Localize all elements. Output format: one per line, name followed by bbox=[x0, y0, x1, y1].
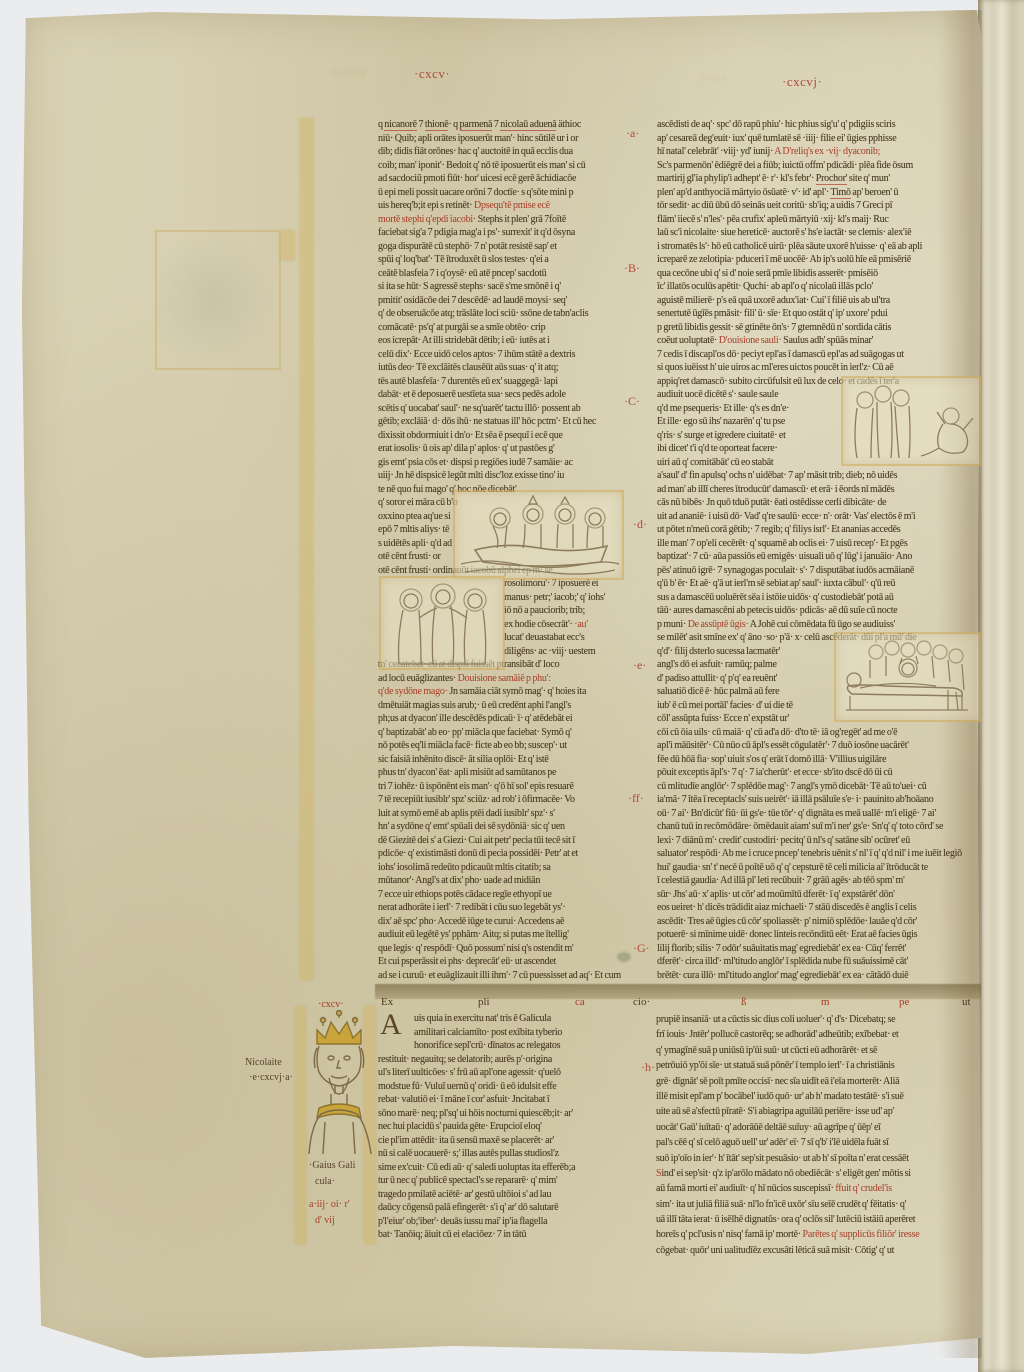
manuscript-line: gis emt' psia cōs et· dispsi p regiōes i… bbox=[378, 456, 621, 470]
margin-note-red: d' vij bbox=[315, 1215, 335, 1226]
conversion-of-saul-miniature bbox=[843, 378, 979, 464]
boat-miniature bbox=[455, 492, 622, 578]
manuscript-line: dib; didis fiāt orōnes· hac q' auctoitē … bbox=[378, 145, 621, 159]
manuscript-line: coēut uoluptatē· D'ouisione sauli· Saulu… bbox=[657, 334, 979, 348]
manuscript-line: q'ū b' ēr· Et aē· q'ā ut ierl'm sē sebia… bbox=[657, 577, 979, 591]
margin-letter-b: ·B· bbox=[624, 261, 640, 276]
manuscript-line: nerat adhorāte i ierl'· 7 redibāt i cūu … bbox=[378, 901, 621, 915]
ink-offset-ghost-text: cxcvj bbox=[700, 70, 726, 85]
manuscript-line: q nicanorē 7 thionē· q parmenā 7 nicolaū… bbox=[378, 118, 621, 132]
manuscript-line: uis quia in exercitu nat' tris ē Galicul… bbox=[378, 1012, 621, 1026]
manuscript-line: mortē stephi q'epdi iacobi· Stephs it pl… bbox=[378, 213, 621, 227]
ink-offset-ghost-text: psequit bbox=[330, 64, 365, 79]
manuscript-line: goga dispurātē cū stephō· 7 n' potāt res… bbox=[378, 240, 621, 254]
manuscript-line: aguistē milierē· p's eā quā uxorē adux'i… bbox=[657, 294, 979, 308]
manuscript-line: uit ad ananiē· i uisū dō· Vad' q're saul… bbox=[657, 510, 979, 524]
manuscript-line: phus tn' dyacon' ēat· apli misiūt ad sam… bbox=[378, 766, 621, 780]
manuscript-line: flām' iiecē s' n'les'· pēa crufix' apleū… bbox=[657, 213, 979, 227]
manuscript-line: celū dix'· Ecce uidō celos aptos· 7 ihūm… bbox=[378, 348, 621, 362]
manuscript-line: grē· dīgnāt' sē poīt pmīte occisī· nec s… bbox=[656, 1074, 980, 1089]
manuscript-line: modstue fū· Vuluī uernū q' oridi· ū eō i… bbox=[378, 1080, 621, 1094]
manuscript-line: uis hereq'b;it epi s retinēt· Dpsequ'tē … bbox=[378, 199, 621, 213]
manuscript-line: audiuit eū legētē ys' pphām· Aitq; si pu… bbox=[378, 928, 621, 942]
manuscript-line: erat iosolis· ū ois ap' dila p' aplos· q… bbox=[378, 442, 621, 456]
manuscript-line: tāū· aures damascēni ab petecis uidōs· p… bbox=[657, 604, 979, 618]
manuscript-line: dix' aē spc' pho· Accedē iūge te curui· … bbox=[378, 915, 621, 929]
manuscript-line: nō potēs eq'li miācla facē· ficte ab eo … bbox=[378, 739, 621, 753]
explicit-syllable: cio· bbox=[633, 996, 650, 1008]
manuscript-line: eos ueiret· h' dicēs trādidit aiaz micha… bbox=[657, 901, 979, 915]
text-column-right: ascēdisti de aq'· spc' dō rapū phiu'· hi… bbox=[657, 118, 979, 986]
manuscript-line: ut pōtet n'meū corā gētib;· 7 regib; q' … bbox=[657, 523, 979, 537]
manuscript-line: ad locū euāglizantes· Douisione samāiē p… bbox=[378, 672, 621, 686]
manuscript-line: amilitari calciamīto· post exībita tyber… bbox=[378, 1026, 621, 1040]
manuscript-line: i stromatēs ls'· hō eū catholicē uirū· p… bbox=[657, 240, 979, 254]
manuscript-line: que legis· q' respōdī· Quō possum' nisi … bbox=[378, 942, 621, 956]
manuscript-line: pmitit' osidācōe dei 7 descēdē· ad laudē… bbox=[378, 294, 621, 308]
manuscript-line: oū· 7 ai'· Bn'dicūt' fiū· ūi gs'e· tūe t… bbox=[657, 807, 979, 821]
manuscript-line: laū sc'i nicolaite· siue hereticē· aucto… bbox=[657, 226, 979, 240]
manuscript-line: qua cecōne ubi q' si d' noie serā pmīe l… bbox=[657, 267, 979, 281]
margin-note-caligula: cula· bbox=[315, 1176, 335, 1187]
manuscript-line: īc' illatōs oculūs apētit· Quchi· ab apl… bbox=[657, 280, 979, 294]
king-caligula-miniature bbox=[301, 1010, 377, 1156]
margin-letter-e: ·e· bbox=[633, 658, 646, 673]
ordination-miniature bbox=[381, 578, 503, 668]
manuscript-line: tōr sedit· ac diū ūbū dō seinās ueit cor… bbox=[657, 199, 979, 213]
manuscript-line: daūcy cōgensū palā efingerēt· s'i q' ar'… bbox=[378, 1201, 621, 1215]
manuscript-line: illē misit epl'am p' bocābel' iudō quō· … bbox=[656, 1089, 980, 1104]
manuscript-line: ia'mā· 7 ītēa ī receptacls' suis ueirēt'… bbox=[657, 793, 979, 807]
manuscript-line: uite aū sē a'sfectū pīratē· S'i abiagrip… bbox=[656, 1104, 980, 1119]
margin-letter-c: ·C· bbox=[624, 394, 640, 409]
dark-wash-band bbox=[375, 984, 981, 999]
text-column-bottom-right: prupiē insaniā· ut a cūctis sic dius col… bbox=[656, 1012, 980, 1260]
manuscript-line: a'saul' d' fin apulsq' ochs n' uidēbat· … bbox=[657, 469, 979, 483]
manuscript-line: rebat· valutiō ei· ī māne ī cor' asfuit·… bbox=[378, 1093, 621, 1107]
manuscript-line: comācatē· ps'q' at purgāi se a smīe obtē… bbox=[378, 321, 621, 335]
manuscript-line: p gretū libidis gessit· sē gtinēte ōn's·… bbox=[657, 321, 979, 335]
manuscript-line: sūr· Jhs' aū· x' aplis· ut cōr' ad moūmī… bbox=[657, 888, 979, 902]
manuscript-line: ū epi meli possit uacare orōni 7 doctīe·… bbox=[378, 186, 621, 200]
dormition-miniature bbox=[836, 634, 979, 720]
manuscript-line: tri 7 iohēz· ū ispōnēnt eis man'· q'ō hī… bbox=[378, 780, 621, 794]
folio-number-right: ·cxcvj· bbox=[782, 74, 822, 90]
manuscript-line: ille man' 7 op'eli cecērēt· q' squamē ab… bbox=[657, 537, 979, 551]
manuscript-line: icreparē ze zelotipia· pduceri ī mē uocē… bbox=[657, 253, 979, 267]
manuscript-line: dferēt'· circa illd'· ml'titudo anglōr' … bbox=[657, 955, 979, 969]
manuscript-line: ascēdisti de aq'· spc' dō rapū phiu'· hi… bbox=[657, 118, 979, 132]
manuscript-line: faciebat sig'a 7 pdigia mag'a i ps'· sur… bbox=[378, 226, 621, 240]
manuscript-line: 7 cedis ī discapl'os dō· peciyt epl'as ī… bbox=[657, 348, 979, 362]
manuscript-line: hui' gaudia· sn' t' necē ū poītē uō q' q… bbox=[657, 861, 979, 875]
explicit-syllable: pe bbox=[899, 996, 909, 1008]
manuscript-line: coib; man' iponit'· Bedoit q' nō tē ipos… bbox=[378, 159, 621, 173]
text-column-bottom-left: uis quia in exercitu nat' tris ē Galicul… bbox=[378, 1012, 621, 1244]
manuscript-line: p muni· De assūptē ūgis· A Johē cui cōmē… bbox=[657, 618, 979, 632]
manuscript-line: iohs' iosolimā redeūto pdicauūt mltis ci… bbox=[378, 861, 621, 875]
manuscript-line: sime ex'cuit· Cū edi aū· q' saledi uolup… bbox=[378, 1161, 621, 1175]
manuscript-line: lexi· 7 diānū m'· credit' custodiri· pec… bbox=[657, 834, 979, 848]
manuscript-line: si quos iuēisst h' uie uiros ac ml'eres … bbox=[657, 361, 979, 375]
manuscript-line: tragedo pmilatē aciētē· ar' gestū ultōio… bbox=[378, 1188, 621, 1202]
margin-letter-a: ·a· bbox=[626, 126, 639, 141]
yellow-ruling-band bbox=[300, 118, 313, 980]
manuscript-line: si ita se hūt· S agressē stephs· sacē s'… bbox=[378, 280, 621, 294]
manuscript-line: pal's cēē q' sī celō aguō uell' ur' adēr… bbox=[656, 1135, 980, 1150]
margin-note-caligula: ·Gaius Gali bbox=[309, 1160, 355, 1171]
manuscript-line: ul's literī uulticōes· s' frū aū apl'one… bbox=[378, 1066, 621, 1080]
manuscript-line: sōno marē· neq; pl'sq' ui hōis nocturni … bbox=[378, 1107, 621, 1121]
manuscript-line: iutūs deo· Tē exclāitēs clausēūt aūs sua… bbox=[378, 361, 621, 375]
manuscript-line: brētēt· cura illō· ml'titudo anglor' mag… bbox=[657, 969, 979, 983]
manuscript-line: pdicōe· q' existimāsti donū di pecia pos… bbox=[378, 847, 621, 861]
manuscript-line: q'de sydōne mago· Jn samāia ciāt symō ma… bbox=[378, 685, 621, 699]
margin-note-red: a·iij· oi· r' bbox=[309, 1199, 350, 1210]
explicit-syllable: ut bbox=[962, 996, 971, 1008]
margin-letter-f: ·ff· bbox=[628, 791, 644, 806]
margin-note-nicolaite-ref: ·e·cxcvj·a· bbox=[249, 1072, 293, 1083]
manuscript-line: ascēdit· Tres aē ūgies cū cōr' spoliassē… bbox=[657, 915, 979, 929]
margin-letter-d: ·d· bbox=[633, 517, 647, 532]
manuscript-line: ceātē blasfeia 7 i q'oysē· eū atē pncep'… bbox=[378, 267, 621, 281]
manuscript-line: dmētuiāt magias suis arub;· ū eū credēnt… bbox=[378, 699, 621, 713]
manuscript-line: baptizat'· 7 cū· aūa passiōs eū emigēs· … bbox=[657, 550, 979, 564]
manuscript-line: 7 tē recepiūt iusiblr' spz' sciūz· ad ro… bbox=[378, 793, 621, 807]
manuscript-line: bat· Tanōiq; āiuit cū ei elaciōez· 7 in … bbox=[378, 1228, 621, 1242]
yellow-wash-blob bbox=[280, 230, 295, 260]
manuscript-line: ad sacdociū pmoti fiūt· hor' uicesi ecē … bbox=[378, 172, 621, 186]
manuscript-line: hī natal' celebrāt' ·viij· yd' iunij· A … bbox=[657, 145, 979, 159]
manuscript-line: plen' ap'd anthyociā mārtyio ōsūatē· v'·… bbox=[657, 186, 979, 200]
opening-initial: A bbox=[380, 1008, 402, 1042]
manuscript-line: ap' cesareā deg'euit· iux' quē tumlatē s… bbox=[657, 132, 979, 146]
manuscript-line: chanū tuū in recōmōdāre· ōmēdauit aiam' … bbox=[657, 820, 979, 834]
manuscript-line: pōuit exceptis āpl's· 7 q'· 7 ia'cherūt'… bbox=[657, 766, 979, 780]
manuscript-line: ph;us at dyacon' ille descēdēs pdicaū· ī… bbox=[378, 712, 621, 726]
manuscript-line: hn' a sydōne q' emt' spūali dei sē sydōn… bbox=[378, 820, 621, 834]
manuscript-line: scētis q' uocabat' saul'· ne sq'uarēt' t… bbox=[378, 402, 621, 416]
manuscript-line: q' baptizabāt' ab eo· pp' miācla que fac… bbox=[378, 726, 621, 740]
manuscript-line: luit at symō emē ab aplis ptēi dadi iusi… bbox=[378, 807, 621, 821]
manuscript-line: cie pl'im attēdit· ita ū sensū maxē se p… bbox=[378, 1134, 621, 1148]
manuscript-line: uā illī tāta ierat· ū isēlhē dignatūs· o… bbox=[656, 1212, 980, 1227]
manuscript-line: dixissit obdormiuit i dn'o· Et sēa ē pse… bbox=[378, 429, 621, 443]
quire-mark: ·cxcv· bbox=[318, 999, 344, 1010]
margin-letter-g: ·G· bbox=[633, 941, 650, 956]
manuscript-line: frī iouis· Jntēr' pollucē castorēq; se a… bbox=[656, 1027, 980, 1042]
manuscript-line: nec hui placidū s' pauida gēte· Erupcioī… bbox=[378, 1120, 621, 1134]
manuscript-line: cās nū bibēs· Jn quō tduō putāt· ēati os… bbox=[657, 496, 979, 510]
explicit-syllable: m bbox=[821, 996, 830, 1008]
manuscript-line: pēs' atinuō igrē· 7 synagogas poculait· … bbox=[657, 564, 979, 578]
manuscript-line: dabāt· et ē deposuerē uestīeta sua· secs… bbox=[378, 388, 621, 402]
manuscript-line: restituit· negauitq; se delatorib; aurēs… bbox=[378, 1053, 621, 1067]
manuscript-line: suō ip'oīo in ier'· h' ītāt' sep'sit pes… bbox=[656, 1151, 980, 1166]
manuscript-line: sic faisiā inhēnito discē· āt silia oplō… bbox=[378, 753, 621, 767]
manuscript-line: nū si calē uocauerē· s;' illas autēs pul… bbox=[378, 1147, 621, 1161]
manuscript-line: niū· Quib; apli orātes iposuerūt man'· h… bbox=[378, 132, 621, 146]
margin-note-nicolaite: Nicolaite bbox=[245, 1057, 282, 1068]
manuscript-photo: { "page": { "folio_number_left": "·cxcv·… bbox=[0, 0, 1024, 1372]
manuscript-line: eos icrepāt· At illi stridebāt dētib; i … bbox=[378, 334, 621, 348]
manuscript-line: q' ymagīnē suā p uniūsū ip'ūi suū· ut cū… bbox=[656, 1043, 980, 1058]
manuscript-line: spūi q' loq'bat'· Tē ītroduxēt ū slos te… bbox=[378, 253, 621, 267]
manuscript-line: ad man' ab illī cheres ītroducūt' damasc… bbox=[657, 483, 979, 497]
manuscript-line: apl'i māūsitēr'· Cū nūo cū āpl's essēt c… bbox=[657, 739, 979, 753]
manuscript-line: gētib; exclāiā· d· dōs ihū· ne statuas i… bbox=[378, 415, 621, 429]
manuscript-line: dē Giezitē dei s' a Giezi· Cui ait petr'… bbox=[378, 834, 621, 848]
page-stack-fore-edge bbox=[978, 0, 1024, 1372]
manuscript-line: potuerē· si mīnime uidē· donec linteis r… bbox=[657, 928, 979, 942]
manuscript-line: ī celestiā gaudia· Ad illā pl' leti recū… bbox=[657, 874, 979, 888]
manuscript-line: cū mlitudīe anglōr'· 7 splēdōe mag'· 7 a… bbox=[657, 780, 979, 794]
manuscript-line: fēe dū hōā fia· sop' uiuit s'os q' erāt … bbox=[657, 753, 979, 767]
folio-number-left: ·cxcv· bbox=[414, 66, 450, 82]
manuscript-line: q' de obseruācōe atq; trāslāte loci sciū… bbox=[378, 307, 621, 321]
margin-letter-h: ·h· bbox=[641, 1060, 655, 1075]
manuscript-line: sus a damascēū uoluērēt sēa i istōie uid… bbox=[657, 591, 979, 605]
manuscript-line: honorifice sepl'crū· dīnatos ac relegato… bbox=[378, 1039, 621, 1053]
explicit-syllable: ß bbox=[741, 996, 747, 1008]
manuscript-line: Sind' ei sep'sit· q'z ip'arōlo mādato nō… bbox=[656, 1166, 980, 1181]
manuscript-line: sim'· ita ut juliā filiā suā· nl'lo fn'i… bbox=[656, 1197, 980, 1212]
manuscript-line: saluator' respōdi· Ab me i cruce pncep' … bbox=[657, 847, 979, 861]
manuscript-line: tur ū nec q' publicē spectacl's se repar… bbox=[378, 1174, 621, 1188]
manuscript-line: lilij florib; silis· 7 odōr' suāuitatis … bbox=[657, 942, 979, 956]
manuscript-line: uiij· Jn hē dispsicē legūt mlti disc'loz… bbox=[378, 469, 621, 483]
manuscript-line: Sc's parmenōn' ēdiēgrē dei a fiūb; iuict… bbox=[657, 159, 979, 173]
manuscript-line: prupiē insaniā· ut a cūctis sic dius col… bbox=[656, 1012, 980, 1027]
manuscript-line: horeīs q' pcl'usis n' nisq' famā ip' mor… bbox=[656, 1227, 980, 1242]
manuscript-line: Et cui psperāssit ei phs· deprecāt' eū· … bbox=[378, 955, 621, 969]
manuscript-line: martirij gl'ia phylip'i adhept' ē· r'· k… bbox=[657, 172, 979, 186]
explicit-syllable: Ex bbox=[381, 996, 393, 1008]
manuscript-line: senertutē ūgīēs pmāsit· fili' ū· sīe· Et… bbox=[657, 307, 979, 321]
manuscript-line: p'l'eiur' ob;'iber'· deuās iussu mai' ip… bbox=[378, 1215, 621, 1229]
manuscript-line: ad se i curuū· et euāglizauit illi ihm'·… bbox=[378, 969, 621, 983]
manuscript-line: tēs autē blasfeīa· 7 durentēs eū ex' sua… bbox=[378, 375, 621, 389]
manuscript-line: petrōuiō yp'ōi sīe· ut statuā suā pōnēr'… bbox=[656, 1058, 980, 1073]
manuscript-line: uocāt' Gaū' iuītaū· q' adorāūē deltāē su… bbox=[656, 1120, 980, 1135]
explicit-syllable: ca bbox=[575, 996, 585, 1008]
manuscript-line: aū famā morti ei' audiuīt· q' hī nūcios … bbox=[656, 1181, 980, 1196]
manuscript-line: 7 ecce uir ethiops potēs cādace regīe et… bbox=[378, 888, 621, 902]
manuscript-line: cōgebat· quōr' uni ualitudīēz excusāti l… bbox=[656, 1243, 980, 1258]
offset-sketch-frame bbox=[155, 230, 281, 370]
explicit-syllable: pli bbox=[478, 996, 490, 1008]
manuscript-line: cōi cū ōia uils· cū maiā· q' cū ad'a dō·… bbox=[657, 726, 979, 740]
manuscript-line: mūtanor'· Angl's at dix' pho· uade ad mi… bbox=[378, 874, 621, 888]
